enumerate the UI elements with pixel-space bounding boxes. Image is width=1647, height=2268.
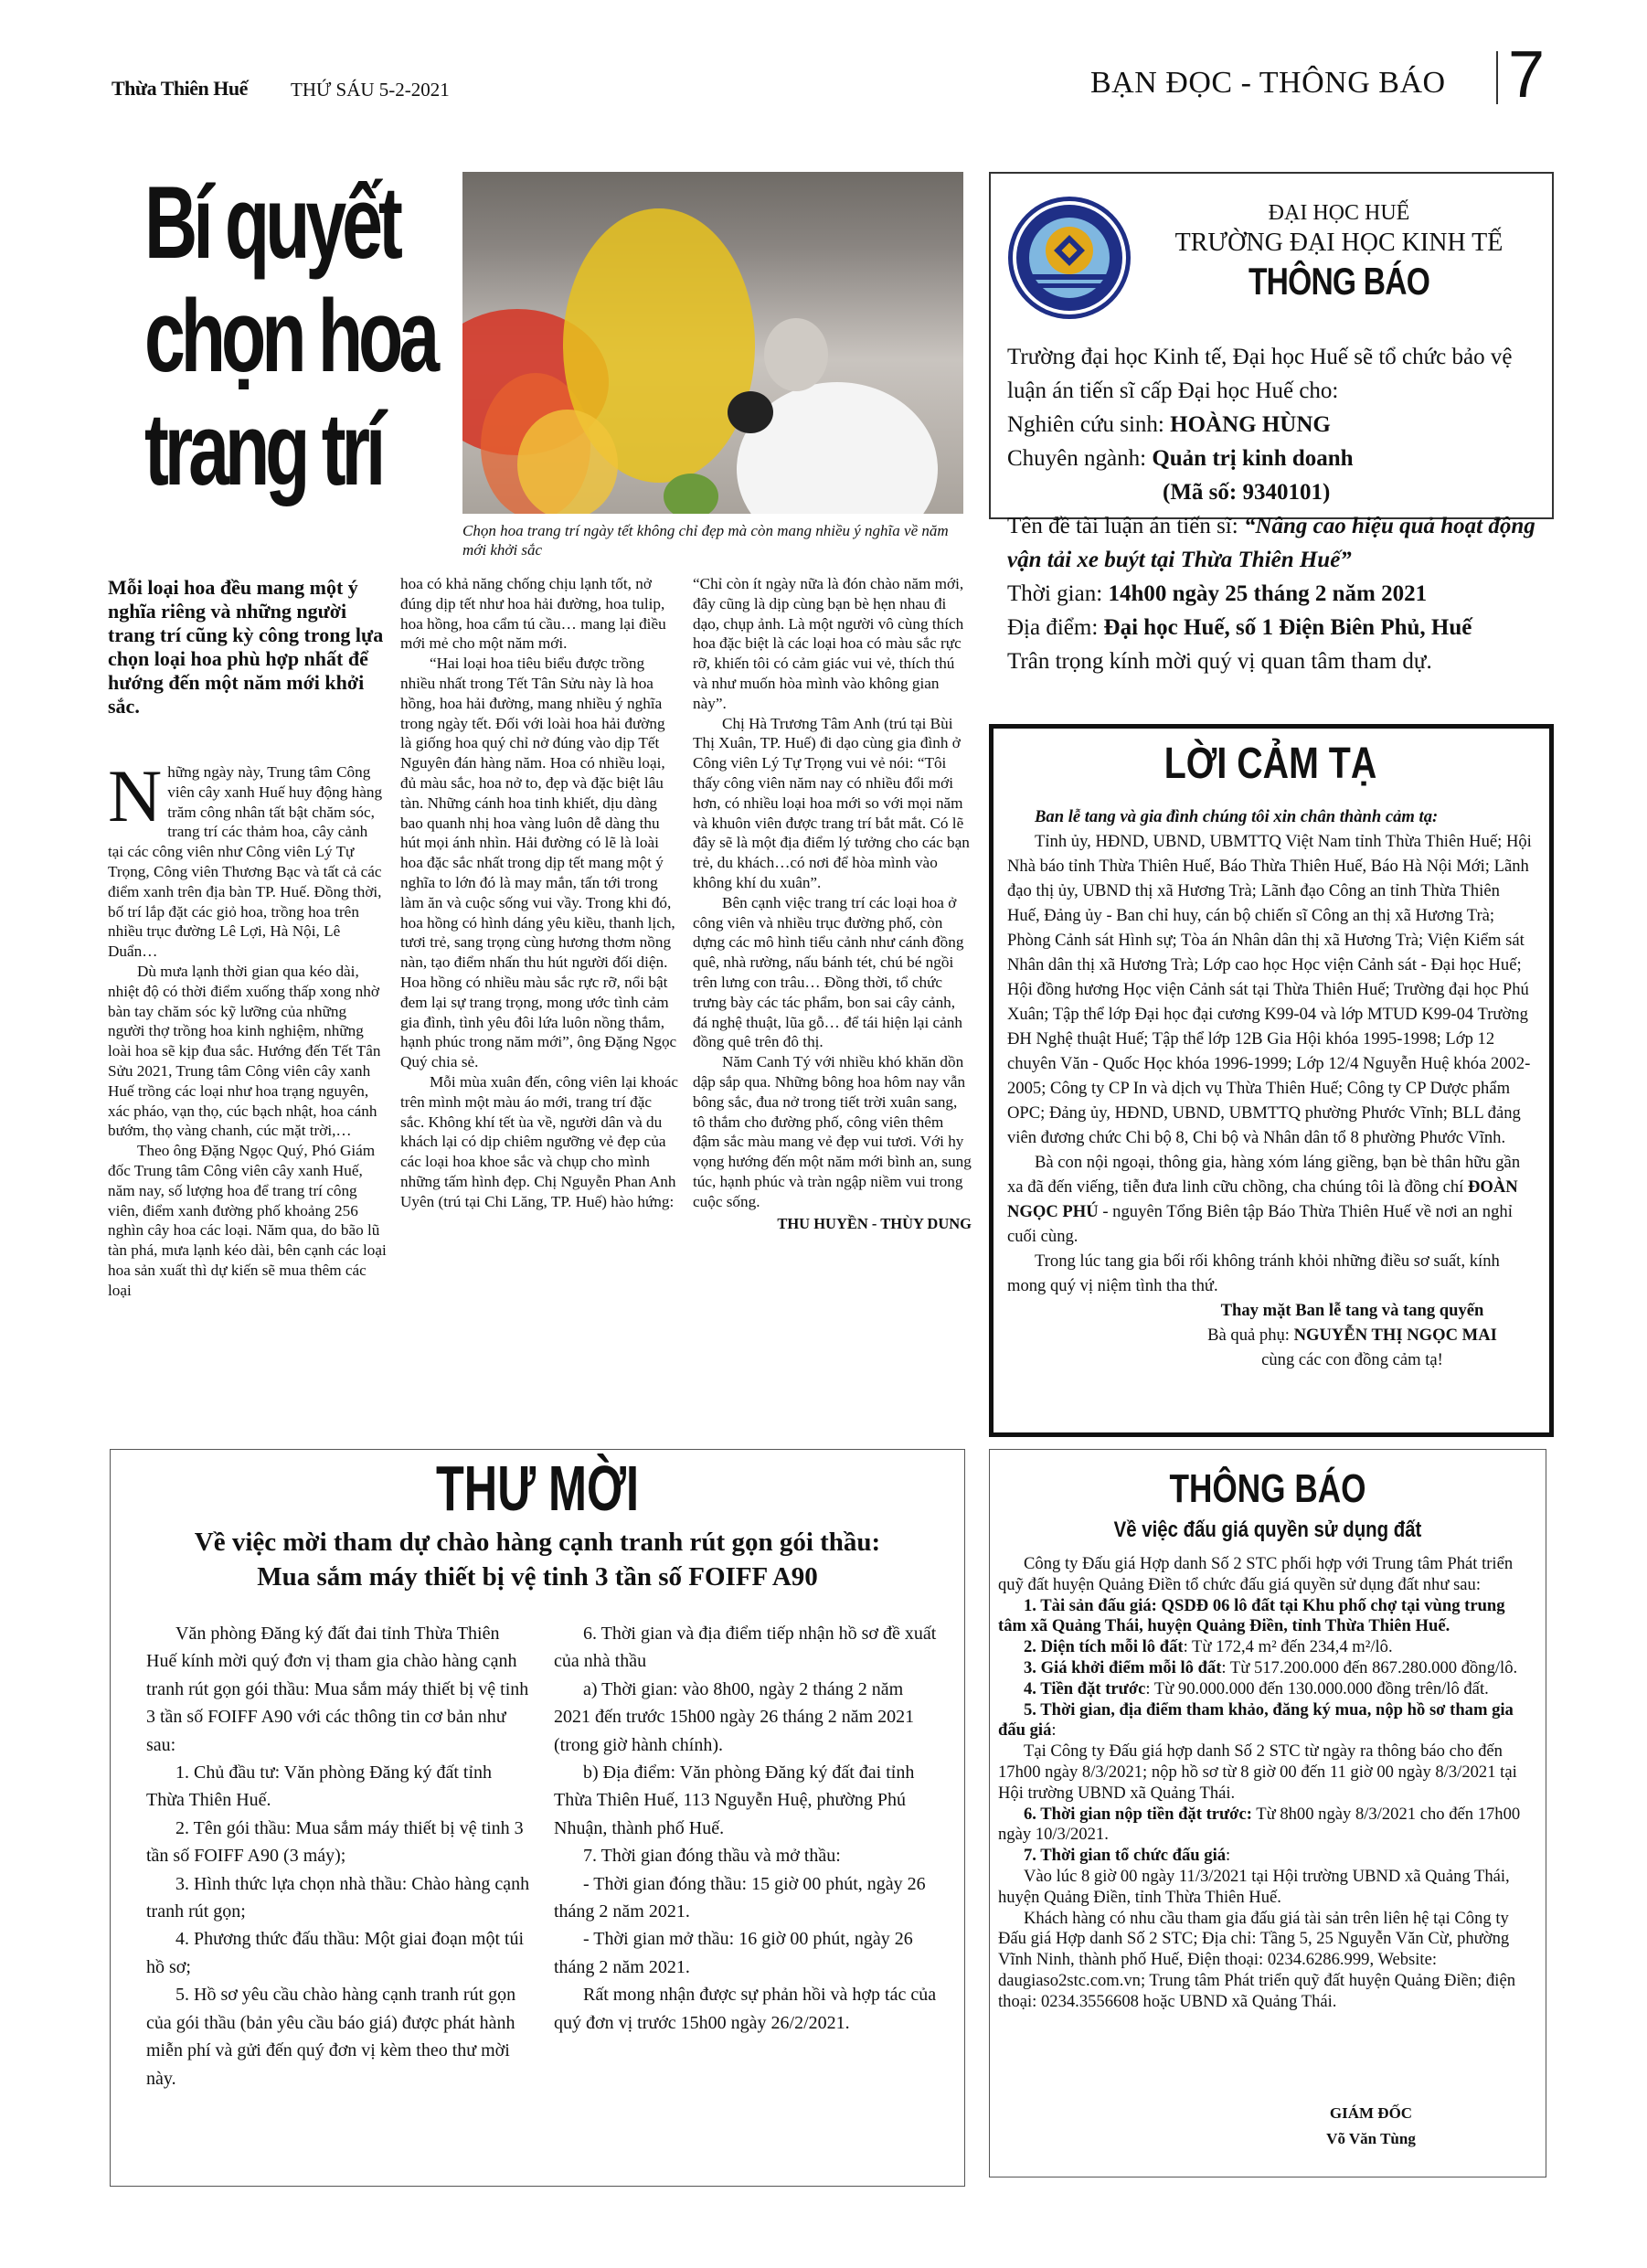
paragraph: Văn phòng Đăng ký đất đai tỉnh Thừa Thiê…: [146, 1620, 530, 1759]
paragraph: Bên cạnh việc trang trí các loại hoa ở c…: [693, 893, 972, 1052]
invitation-subtitle: Về việc mời tham dự chào hàng cạnh tranh…: [110, 1525, 965, 1594]
headline-line-1: Bí quyết: [144, 166, 335, 280]
paragraph: 6. Thời gian và địa điểm tiếp nhận hồ sơ…: [554, 1620, 938, 1676]
condolence-intro: Ban lễ tang và gia đình chúng tôi xin ch…: [1007, 804, 1533, 829]
item-value: :: [1051, 1720, 1056, 1740]
auction-body: Công ty Đấu giá Hợp danh Số 2 STC phối h…: [998, 1554, 1537, 2013]
issue-date: THỨ SÁU 5-2-2021: [291, 79, 450, 101]
headline-line-2: chọn hoa: [144, 280, 335, 393]
article-photo: [462, 172, 963, 514]
photo-caption: Chọn hoa trang trí ngày tết không chỉ đẹ…: [462, 521, 963, 559]
signer-name: NGUYỄN THỊ NGỌC MAI: [1294, 1326, 1497, 1345]
item-label: 5. Thời gian, địa điểm tham khảo, đăng k…: [998, 1700, 1514, 1741]
paragraph: Dù mưa lạnh thời gian qua kéo dài, nhiệt…: [108, 962, 387, 1141]
signer-title: GIÁM ĐỐC: [1280, 2101, 1462, 2126]
header-divider: [1496, 51, 1498, 104]
label: Nghiên cứu sinh:: [1007, 412, 1170, 437]
paragraph: 3. Hình thức lựa chọn nhà thầu: Chào hàn…: [146, 1870, 530, 1926]
item-label: 6. Thời gian nộp tiền đặt trước:: [1024, 1805, 1252, 1824]
item-value: : Từ 172,4 m² đến 234,4 m²/lô.: [1184, 1637, 1393, 1656]
subtitle-line: Mua sắm máy thiết bị vệ tinh 3 tần số FO…: [110, 1560, 965, 1594]
label: Thời gian:: [1007, 581, 1108, 606]
item-label: 4. Tiền đặt trước: [1024, 1679, 1145, 1698]
paragraph: Mỗi mùa xuân đến, công viên lại khoác tr…: [400, 1072, 679, 1212]
paragraph: 7. Thời gian đóng thầu và mở thầu:: [554, 1842, 938, 1869]
item-label: 1. Tài sản đấu giá: QSDĐ 06 lô đất tại K…: [998, 1596, 1505, 1636]
item-value: Vào lúc 8 giờ 00 ngày 11/3/2021 tại Hội …: [998, 1867, 1537, 1909]
item-value: Khách hàng có nhu cầu tham gia đấu giá t…: [998, 1909, 1537, 2013]
defense-place: Đại học Huế, số 1 Điện Biên Phủ, Huế: [1104, 615, 1472, 640]
paragraph: - Thời gian đóng thầu: 15 giờ 00 phút, n…: [554, 1870, 938, 1926]
label: Địa điểm:: [1007, 615, 1104, 640]
condolence-body: Ban lễ tang và gia đình chúng tôi xin ch…: [1007, 804, 1533, 1372]
page-number: 7: [1508, 42, 1545, 108]
article-headline: Bí quyết chọn hoa trang trí: [144, 166, 335, 506]
article-lead: Mỗi loại hoa đều mang một ý nghĩa riêng …: [108, 576, 391, 719]
paragraph: Bà con nội ngoại, thông gia, hàng xóm lá…: [1007, 1153, 1520, 1197]
paragraph: Năm Canh Tý với nhiều khó khăn dồn dập s…: [693, 1052, 972, 1211]
article-column-2: hoa có khả năng chống chịu lạnh tốt, nở …: [400, 574, 679, 1212]
drop-cap: N: [108, 766, 162, 826]
paragraph: Theo ông Đặng Ngọc Quý, Phó Giám đốc Tru…: [108, 1141, 387, 1300]
article-column-1: Những ngày này, Trung tâm Công viên cây …: [108, 762, 387, 1301]
university-logo-icon: [1005, 194, 1133, 322]
paragraph: hoa có khả năng chống chịu lạnh tốt, nở …: [400, 574, 679, 654]
defense-time: 14h00 ngày 25 tháng 2 năm 2021: [1108, 581, 1427, 606]
sign-line: cùng các con đồng cảm tạ!: [1172, 1347, 1533, 1372]
newspaper-name: Thừa Thiên Huế: [112, 77, 248, 101]
paragraph: Công ty Đấu giá Hợp danh Số 2 STC phối h…: [998, 1554, 1537, 1596]
major-code: (Mã số: 9340101): [1163, 480, 1330, 505]
major: Quản trị kinh doanh: [1152, 446, 1353, 471]
notice-title: THÔNG BÁO: [1182, 260, 1496, 303]
paragraph: b) Địa điểm: Văn phòng Đăng ký đất đai t…: [554, 1759, 938, 1842]
candidate-name: HOÀNG HÙNG: [1170, 412, 1331, 437]
item-value: :: [1226, 1846, 1230, 1865]
item-label: 3. Giá khởi điểm mỗi lô đất: [1024, 1658, 1221, 1677]
auction-signature: GIÁM ĐỐC Võ Văn Tùng: [1280, 2101, 1462, 2152]
article-byline: THU HUYỀN - THÙY DUNG: [693, 1214, 972, 1234]
article-column-3: “Chỉ còn ít ngày nữa là đón chào năm mới…: [693, 574, 972, 1233]
org-name: TRƯỜNG ĐẠI HỌC KINH TẾ: [1142, 229, 1535, 258]
item-value: Tại Công ty Đấu giá hợp danh Số 2 STC từ…: [998, 1741, 1537, 1804]
paragraph: Rất mong nhận được sự phản hồi và hợp tá…: [554, 1981, 938, 2037]
item-value: : Từ 90.000.000 đến 130.000.000 đồng trê…: [1145, 1679, 1488, 1698]
signer-name: Võ Văn Tùng: [1280, 2126, 1462, 2152]
sign-line: Thay mặt Ban lễ tang và tang quyến: [1172, 1298, 1533, 1323]
invitation-right-column: 6. Thời gian và địa điểm tiếp nhận hồ sơ…: [554, 1620, 938, 2037]
paragraph: a) Thời gian: vào 8h00, ngày 2 tháng 2 n…: [554, 1676, 938, 1759]
condolence-title: LỜI CẢM TẠ: [1046, 739, 1495, 789]
paragraph: Chị Hà Trương Tâm Anh (trú tại Bùi Thị X…: [693, 714, 972, 893]
notice-body: Trường đại học Kinh tế, Đại học Huế sẽ t…: [1007, 340, 1546, 678]
paragraph: “Hai loại hoa tiêu biểu được trồng nhiều…: [400, 654, 679, 1072]
auction-title: THÔNG BÁO: [1045, 1466, 1491, 1512]
invitation-title: THƯ MỜI: [229, 1452, 845, 1525]
paragraph: - Thời gian mở thầu: 16 giờ 00 phút, ngà…: [554, 1925, 938, 1981]
subtitle-line: Về việc mời tham dự chào hàng cạnh tranh…: [110, 1525, 965, 1560]
item-label: 7. Thời gian tổ chức đấu giá: [1024, 1846, 1226, 1865]
org-parent: ĐẠI HỌC HUẾ: [1142, 201, 1535, 226]
paragraph: 2. Tên gói thầu: Mua sắm máy thiết bị vệ…: [146, 1815, 530, 1870]
paragraph: 4. Phương thức đấu thầu: Một giai đoạn m…: [146, 1925, 530, 1981]
item-value: : Từ 517.200.000 đến 867.280.000 đồng/lô…: [1221, 1658, 1517, 1677]
label: Tên đề tài luận án tiến sĩ:: [1007, 514, 1244, 538]
label: Chuyên ngành:: [1007, 446, 1152, 471]
paragraph: 1. Chủ đầu tư: Văn phòng Đăng ký đất tỉn…: [146, 1759, 530, 1815]
paragraph: Trong lúc tang gia bối rối không tránh k…: [1007, 1249, 1533, 1298]
section-title: BẠN ĐỌC - THÔNG BÁO: [1090, 66, 1446, 101]
paragraph: “Chỉ còn ít ngày nữa là đón chào năm mới…: [693, 574, 972, 714]
label: Bà quả phụ:: [1207, 1326, 1294, 1345]
item-label: 2. Diện tích mỗi lô đất: [1024, 1637, 1184, 1656]
invitation-left-column: Văn phòng Đăng ký đất đai tỉnh Thừa Thiê…: [146, 1620, 530, 2092]
headline-line-3: trang trí: [144, 393, 335, 506]
notice-closing: Trân trọng kính mời quý vị quan tâm tham…: [1007, 644, 1546, 678]
paragraph: Tỉnh ủy, HĐND, UBND, UBMTTQ Việt Nam tỉn…: [1007, 829, 1533, 1150]
notice-intro: Trường đại học Kinh tế, Đại học Huế sẽ t…: [1007, 340, 1546, 408]
auction-subtitle: Về việc đấu giá quyền sử dụng đất: [1031, 1517, 1505, 1543]
paragraph: 5. Hồ sơ yêu cầu chào hàng cạnh tranh rú…: [146, 1981, 530, 2092]
